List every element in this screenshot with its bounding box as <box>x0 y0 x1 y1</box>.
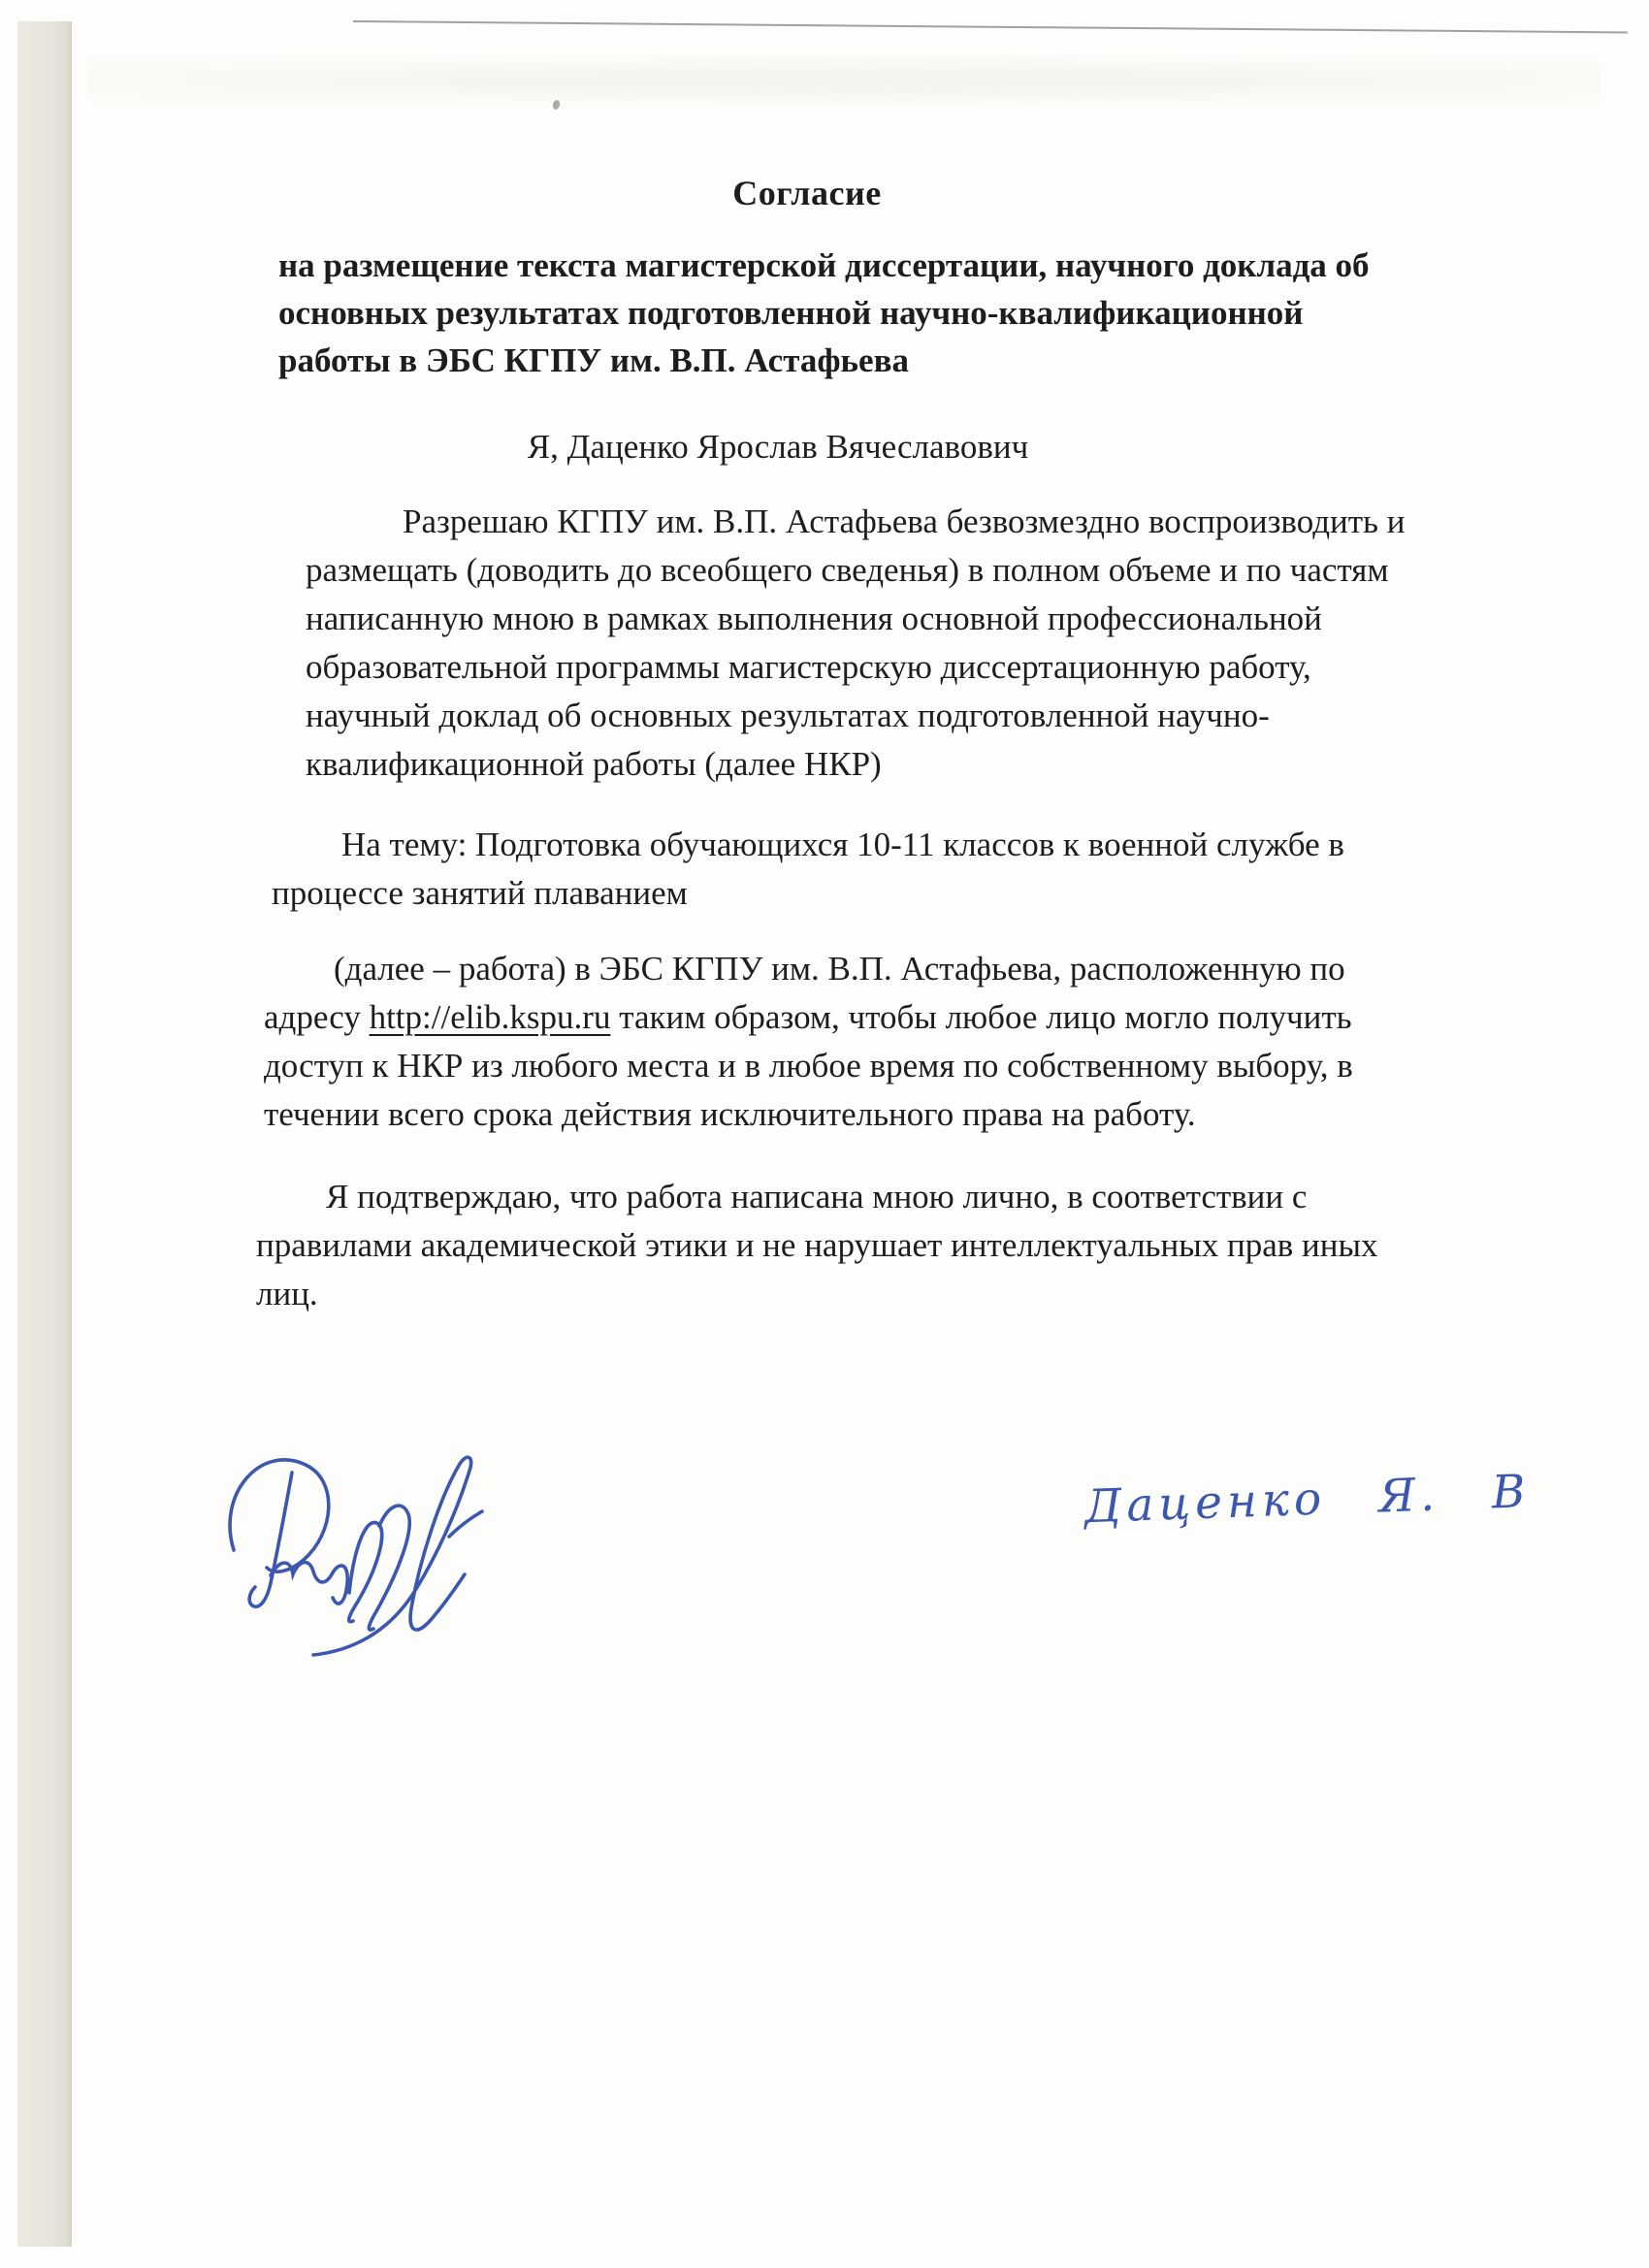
heading-line: на размещение текста магистерской диссер… <box>278 242 1559 289</box>
body-line: адресу http://elib.kspu.ru таким образом… <box>264 993 1554 1042</box>
scan-line-artifact <box>353 20 1628 33</box>
body-line: образовательной программы магистерскую д… <box>306 643 1596 692</box>
scanned-consent-document: Согласие на размещение текста магистерск… <box>0 0 1649 2268</box>
document-title: Согласие <box>278 169 1336 217</box>
body-line: Разрешаю КГПУ им. В.П. Астафьева безвозм… <box>306 498 1596 546</box>
body-line: На тему: Подготовка обучающихся 10-11 кл… <box>272 821 1562 869</box>
body-line: научный доклад об основных результатах п… <box>306 692 1596 740</box>
document-subject-heading: на размещение текста магистерской диссер… <box>278 242 1559 384</box>
heading-line: основных результатах подготовленной науч… <box>278 289 1559 337</box>
body-line: правилами академической этики и не наруш… <box>256 1221 1546 1270</box>
body-line: процессе занятий плаванием <box>272 869 1562 918</box>
declarant-name-line: Я, Даценко Ярослав Вячеславович <box>278 423 1277 471</box>
heading-line: работы в ЭБС КГПУ им. В.П. Астафьева <box>278 337 1559 384</box>
body-line: течении всего срока действия исключитель… <box>264 1090 1554 1139</box>
paragraph-topic: На тему: Подготовка обучающихся 10-11 кл… <box>272 821 1562 918</box>
paragraph-access: (далее – работа) в ЭБС КГПУ им. В.П. Аст… <box>264 945 1554 1139</box>
body-line: Я подтверждаю, что работа написана мною … <box>256 1173 1546 1221</box>
body-text: адресу <box>264 998 370 1036</box>
body-line: (далее – работа) в ЭБС КГПУ им. В.П. Аст… <box>264 945 1554 993</box>
handwritten-name: Даценко Я. В <box>1083 1465 1541 1534</box>
paragraph-permission: Разрешаю КГПУ им. В.П. Астафьева безвозм… <box>306 498 1596 789</box>
body-line: доступ к НКР из любого места и в любое в… <box>264 1042 1554 1090</box>
body-line: написанную мною в рамках выполнения осно… <box>306 595 1596 643</box>
body-line: размещать (доводить до всеобщего сведень… <box>306 546 1596 595</box>
scan-smudge-artifact <box>87 47 1600 114</box>
scanner-edge-strip <box>17 21 72 2247</box>
body-line: лиц. <box>256 1270 1546 1318</box>
handwritten-signature <box>158 1418 517 1680</box>
body-line: квалификационной работы (далее НКР) <box>306 740 1596 789</box>
body-text: таким образом, чтобы любое лицо могло по… <box>610 998 1351 1036</box>
elib-url: http://elib.kspu.ru <box>370 998 611 1036</box>
paragraph-ethics: Я подтверждаю, что работа написана мною … <box>256 1173 1546 1318</box>
